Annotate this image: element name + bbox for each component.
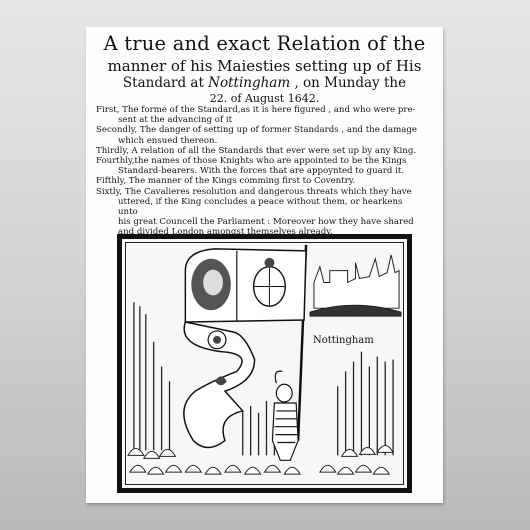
contents-lead: Fourthly,the names of those Knights who … bbox=[96, 156, 418, 166]
title-line-3: Standard at Nottingham , on Munday the bbox=[86, 75, 443, 91]
nottingham-label: Nottingham bbox=[313, 335, 374, 346]
contents-cont: which ensued thereon. bbox=[96, 136, 418, 146]
contents-lead: Thirdly, A relation of all the Standards… bbox=[96, 146, 418, 156]
contents-item: Sixtly, The Cavalieres resolution and da… bbox=[96, 187, 418, 238]
contents-list: First, The forme of the Standard,as it i… bbox=[96, 105, 418, 238]
title-place: Nottingham bbox=[208, 75, 290, 91]
woodcut-illustration: Nottingham bbox=[117, 234, 412, 493]
contents-cont: uttered, if the King concludes a peace w… bbox=[96, 197, 418, 217]
contents-lead: First, The forme of the Standard,as it i… bbox=[96, 105, 418, 115]
contents-cont: his great Councell the Parliament : More… bbox=[96, 217, 418, 227]
contents-lead: Secondly, The danger of setting up of fo… bbox=[96, 125, 418, 135]
woodcut-frame: Nottingham bbox=[125, 242, 404, 485]
poster: A true and exact Relation of the manner … bbox=[86, 27, 443, 503]
standard-scene-icon bbox=[126, 243, 403, 484]
contents-cont: sent at the advancing of it bbox=[96, 115, 418, 125]
contents-item: Secondly, The danger of setting up of fo… bbox=[96, 125, 418, 145]
contents-item: First, The forme of the Standard,as it i… bbox=[96, 105, 418, 125]
title-line-2: manner of his Maiesties setting up of Hi… bbox=[86, 57, 443, 75]
title-line-3-post: , on Munday the bbox=[290, 75, 406, 91]
contents-item: Fourthly,the names of those Knights who … bbox=[96, 156, 418, 176]
contents-cont: Standard-bearers. With the forces that a… bbox=[96, 166, 418, 176]
contents-item: Fifthly, The manner of the Kings comming… bbox=[96, 176, 418, 186]
title-date: 22. of August 1642. bbox=[86, 93, 443, 105]
contents-lead: Fifthly, The manner of the Kings comming… bbox=[96, 176, 418, 186]
title-line-1: A true and exact Relation of the bbox=[86, 33, 443, 55]
contents-lead: Sixtly, The Cavalieres resolution and da… bbox=[96, 187, 418, 197]
title-line-3-pre: Standard at bbox=[123, 75, 208, 91]
contents-item: Thirdly, A relation of all the Standards… bbox=[96, 146, 418, 156]
